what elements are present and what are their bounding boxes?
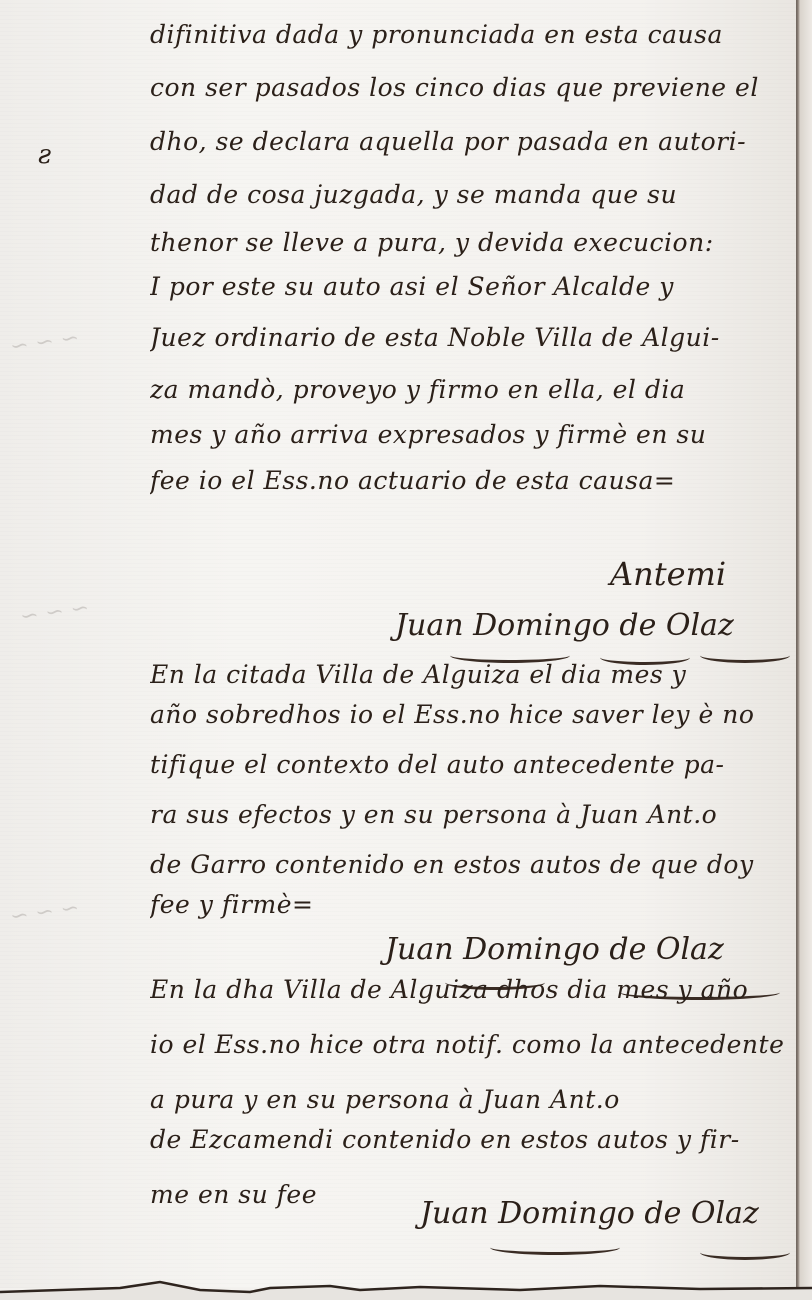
text-line: ra sus efectos y en su persona à Juan An… — [150, 800, 790, 829]
text-line: tifique el contexto del auto antecedente… — [150, 750, 790, 779]
signature-name: Juan Domingo de Olaz — [420, 1196, 759, 1231]
text-line: de Garro contenido en estos autos de que… — [150, 850, 790, 879]
signature-name: Juan Domingo de Olaz — [395, 608, 734, 643]
text-line: En la citada Villa de Alguiza el dia mes… — [150, 660, 790, 689]
text-line: mes y año arriva expresados y firmè en s… — [150, 420, 790, 449]
text-line: Juez ordinario de esta Noble Villa de Al… — [150, 323, 790, 352]
antemi-mark: Antemi — [610, 555, 726, 593]
text-line: fee y firmè= — [150, 890, 790, 919]
text-line: En la dha Villa de Alguiza dhos dia mes … — [150, 975, 790, 1004]
text-line: a pura y en su persona à Juan Ant.o — [150, 1085, 790, 1114]
page-binding-edge — [796, 0, 812, 1300]
margin-mark: ƨ — [38, 140, 51, 170]
text-line: año sobredhos io el Ess.no hice saver le… — [150, 700, 790, 729]
text-line: fee io el Ess.no actuario de esta causa= — [150, 466, 790, 495]
signature-flourish — [490, 1240, 620, 1255]
signature-name: Juan Domingo de Olaz — [385, 932, 724, 967]
text-line: I por este su auto asi el Señor Alcalde … — [150, 272, 790, 301]
torn-bottom-edge — [0, 1280, 812, 1300]
text-line: dho, se declara aquella por pasada en au… — [150, 127, 790, 156]
text-line: thenor se lleve a pura, y devida execuci… — [150, 228, 790, 257]
text-line: difinitiva dada y pronunciada en esta ca… — [150, 20, 790, 49]
signature-flourish — [700, 1245, 790, 1260]
text-line: io el Ess.no hice otra notif. como la an… — [150, 1030, 790, 1059]
text-line: za mandò, proveyo y firmo en ella, el di… — [150, 375, 790, 404]
text-line: con ser pasados los cinco dias que previ… — [150, 73, 790, 102]
text-line: dad de cosa juzgada, y se manda que su — [150, 180, 790, 209]
text-line: de Ezcamendi contenido en estos autos y … — [150, 1125, 790, 1154]
